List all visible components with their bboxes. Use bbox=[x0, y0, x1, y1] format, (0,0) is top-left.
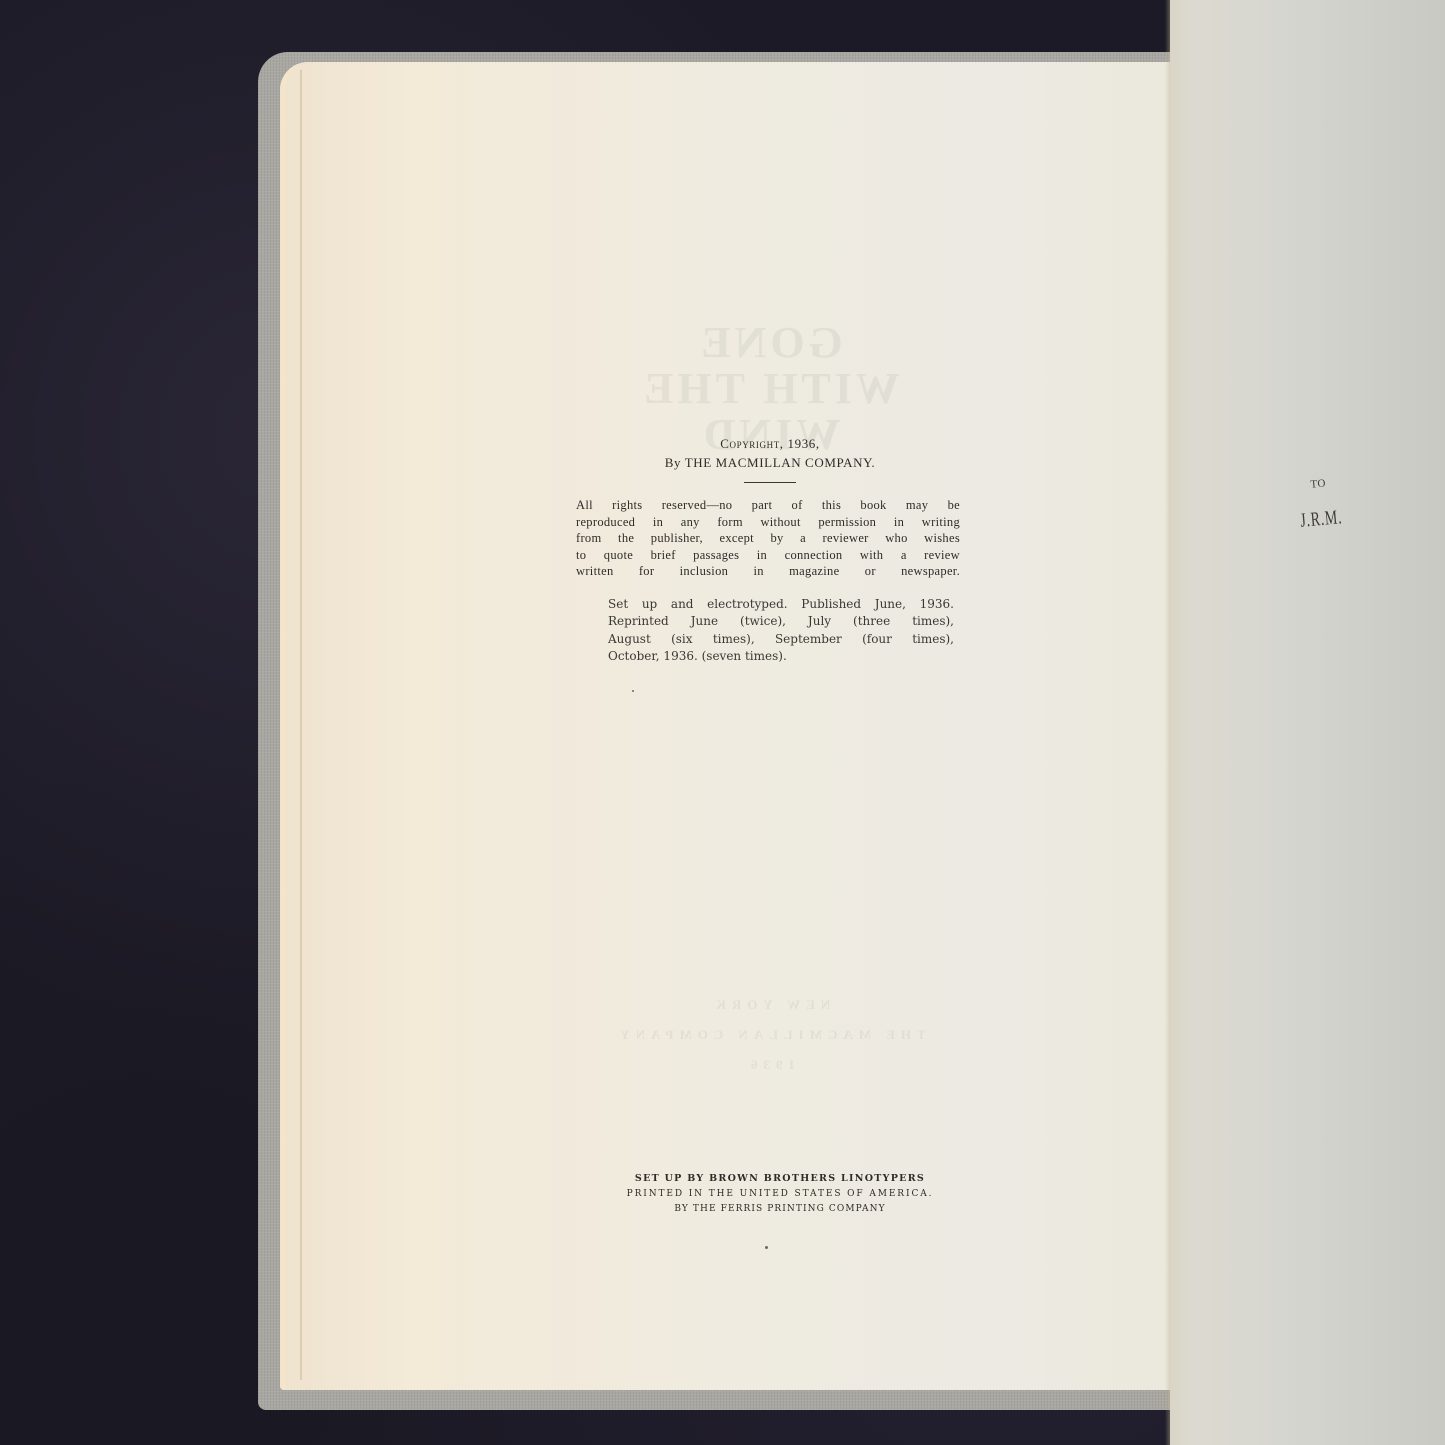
page-deckle-edge bbox=[300, 70, 302, 1380]
paper-speck bbox=[632, 690, 634, 692]
printer-colophon: SET UP BY BROWN BROTHERS LINOTYPERS PRIN… bbox=[600, 1170, 960, 1217]
colophon-typesetter: SET UP BY BROWN BROTHERS LINOTYPERS bbox=[600, 1170, 960, 1187]
printing-line: August (six times), September (four time… bbox=[608, 631, 954, 649]
rights-line: written for inclusion in magazine or new… bbox=[576, 563, 960, 580]
divider-rule bbox=[744, 482, 796, 483]
paper-speck bbox=[765, 1246, 768, 1249]
rights-statement: All rights reserved—no part of this book… bbox=[576, 497, 960, 580]
dedication: TO J.R.M. bbox=[1273, 474, 1367, 535]
rights-line: All rights reserved—no part of this book… bbox=[576, 497, 960, 514]
rights-line: from the publisher, except by a reviewer… bbox=[576, 530, 960, 547]
dedication-page bbox=[1170, 0, 1445, 1445]
rights-line: reproduced in any form without permissio… bbox=[576, 514, 960, 531]
copyright-year: Copyright, 1936, bbox=[560, 434, 980, 453]
copyright-holder: By THE MACMILLAN COMPANY. bbox=[560, 453, 980, 472]
printing-line: Set up and electrotyped. Published June,… bbox=[608, 596, 954, 614]
printing-line: October, 1936. (seven times). bbox=[608, 648, 954, 666]
colophon-country: PRINTED IN THE UNITED STATES OF AMERICA. bbox=[600, 1187, 960, 1202]
colophon-printer: BY THE FERRIS PRINTING COMPANY bbox=[600, 1202, 960, 1217]
printing-line: Reprinted June (twice), July (three time… bbox=[608, 613, 954, 631]
rights-line: to quote brief passages in connection wi… bbox=[576, 547, 960, 564]
printing-history: Set up and electrotyped. Published June,… bbox=[608, 596, 954, 666]
copyright-block: Copyright, 1936, By THE MACMILLAN COMPAN… bbox=[560, 434, 980, 666]
